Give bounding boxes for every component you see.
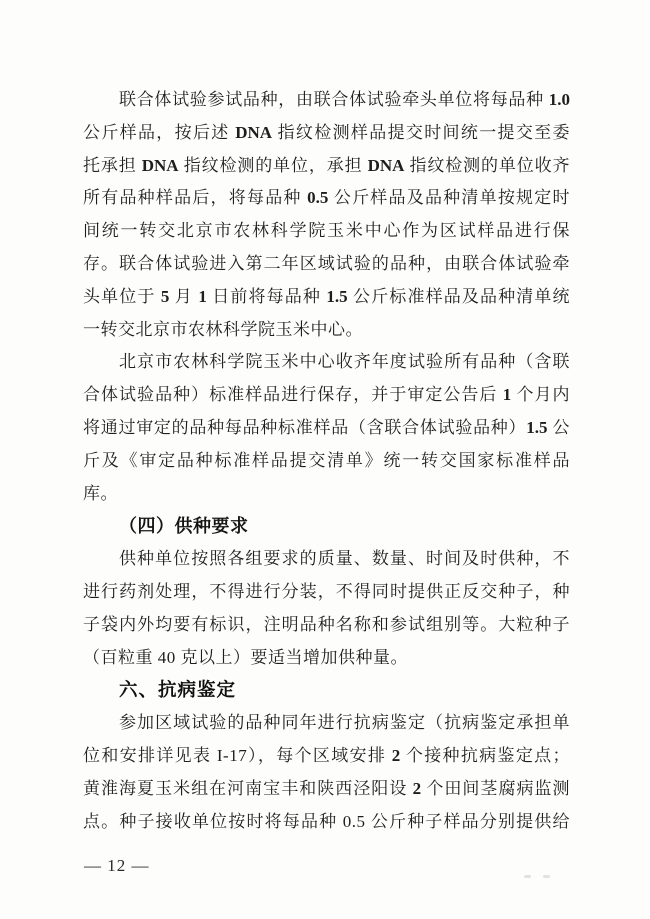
- chapter-heading: 六、抗病鉴定: [83, 674, 570, 707]
- text-run: 进行药剂处理，不得进行分装，不得同时提供正反交种子，种: [83, 582, 570, 601]
- text-line: 供种单位按照各组要求的质量、数量、时间及时供种，不得: [83, 543, 570, 576]
- text-run: 供种单位按照各组要求的质量、数量、时间及时供种，不得: [83, 549, 570, 576]
- text-line: 斤及《审定品种标准样品提交清单》统一转交国家标准样品: [83, 445, 570, 478]
- text-line: （百粒重 40 克以上）要适当增加供种量。: [83, 642, 570, 675]
- text-run: 指纹检测样品提交时间统一提交至委: [272, 123, 570, 142]
- emphasis-run: 0.5: [307, 188, 328, 207]
- text-run: 公: [548, 418, 570, 437]
- text-line: 头单位于 5 月 1 日前将每品种 1.5 公斤标准样品及品种清单统: [83, 281, 570, 314]
- text-line: 参加区域试验的品种同年进行抗病鉴定（抗病鉴定承担单: [83, 707, 570, 740]
- text-run: 指纹检测的单位，承担: [179, 156, 368, 175]
- text-run: 将通过审定的品种每品种标准样品（含联合体试验品种）: [83, 418, 526, 437]
- text-run: 个接种抗病鉴定点；: [400, 746, 570, 765]
- scan-artifact-mark: [543, 875, 550, 878]
- text-run: 一转交北京市农林科学院玉米中心。: [83, 320, 363, 339]
- text-line: 将通过审定的品种每品种标准样品（含联合体试验品种）1.5 公: [83, 412, 570, 445]
- text-line: 点。种子接收单位按时将每品种 0.5 公斤种子样品分别提供给每: [83, 806, 570, 839]
- text-line: 联合体试验参试品种，由联合体试验牵头单位将每品种 1.0: [83, 84, 570, 117]
- text-run: 公斤样品，按后述: [83, 123, 235, 142]
- text-line: 北京市农林科学院玉米中心收齐年度试验所有品种（含联: [83, 346, 570, 379]
- text-run: 位和安排详见表 I-17），每个区域安排: [83, 746, 392, 765]
- text-run: 点。种子接收单位按时将每品种: [83, 812, 343, 831]
- text-run: 个田间茎腐病监测: [421, 779, 570, 798]
- text-run: 个月内: [511, 385, 570, 404]
- text-line: 托承担 DNA 指纹检测的单位，承担 DNA 指纹检测的单位收齐: [83, 150, 570, 183]
- emphasis-run: DNA: [235, 123, 272, 142]
- page-number: — 12 —: [84, 853, 150, 879]
- text-line: 合体试验品种）标准样品进行保存，并于审定公告后 1 个月内: [83, 379, 570, 412]
- emphasis-run: 1.0: [549, 90, 570, 109]
- text-run: 库。: [83, 484, 118, 503]
- document-text: 联合体试验参试品种，由联合体试验牵头单位将每品种 1.0公斤样品，按后述 DNA…: [83, 84, 570, 838]
- text-line: 库。: [83, 478, 570, 511]
- emphasis-run: 2: [392, 746, 401, 765]
- text-line: 黄淮海夏玉米组在河南宝丰和陕西泾阳设 2 个田间茎腐病监测: [83, 773, 570, 806]
- emphasis-run: 2: [413, 779, 422, 798]
- text-run: 子袋内外均要有标识，注明品种名称和参试组别等。大粒种子: [83, 615, 570, 634]
- text-line: 位和安排详见表 I-17），每个区域安排 2 个接种抗病鉴定点；: [83, 740, 570, 773]
- text-line: 进行药剂处理，不得进行分装，不得同时提供正反交种子，种: [83, 576, 570, 609]
- text-run: 间统一转交北京市农林科学院玉米中心作为区试样品进行保: [83, 221, 570, 240]
- document-page: 联合体试验参试品种，由联合体试验牵头单位将每品种 1.0公斤样品，按后述 DNA…: [0, 0, 650, 919]
- text-run: 参加区域试验的品种同年进行抗病鉴定（抗病鉴定承担单: [119, 713, 570, 732]
- text-run: 托承担: [83, 156, 142, 175]
- text-run: 日前将每品种: [207, 287, 327, 306]
- text-run: 黄淮海夏玉米组在河南宝丰和陕西泾阳设: [83, 779, 413, 798]
- text-run: 公斤样品及品种清单按规定时: [328, 188, 570, 207]
- text-run: 所有品种样品后，将每品种: [83, 188, 307, 207]
- text-line: 公斤样品，按后述 DNA 指纹检测样品提交时间统一提交至委: [83, 117, 570, 150]
- section-heading: （四）供种要求: [83, 510, 570, 543]
- text-run: 合体试验品种）标准样品进行保存，并于审定公告后: [83, 385, 503, 404]
- emphasis-run: 1: [198, 287, 207, 306]
- text-run: 北京市农林科学院玉米中心收齐年度试验所有品种（含联: [119, 352, 570, 371]
- text-line: 一转交北京市农林科学院玉米中心。: [83, 314, 570, 347]
- text-run: 0.5: [343, 812, 366, 831]
- scan-artifact-mark: [524, 875, 531, 878]
- text-run: 公斤标准样品及品种清单统: [348, 287, 570, 306]
- text-run: 指纹检测的单位收齐: [404, 156, 570, 175]
- emphasis-run: DNA: [368, 156, 405, 175]
- text-run: 六、抗病鉴定: [119, 679, 236, 700]
- text-line: 子袋内外均要有标识，注明品种名称和参试组别等。大粒种子: [83, 609, 570, 642]
- text-line: 存。联合体试验进入第二年区域试验的品种，由联合体试验牵: [83, 248, 570, 281]
- emphasis-run: 1: [503, 385, 512, 404]
- text-run: （百粒重 40 克以上）要适当增加供种量。: [83, 648, 408, 667]
- text-run: 联合体试验参试品种，由联合体试验牵头单位将每品种: [119, 90, 549, 109]
- emphasis-run: DNA: [142, 156, 179, 175]
- text-run: 斤及《审定品种标准样品提交清单》统一转交国家标准样品: [83, 451, 570, 470]
- emphasis-run: 1.5: [526, 418, 547, 437]
- text-run: 头单位于: [83, 287, 161, 306]
- text-line: 所有品种样品后，将每品种 0.5 公斤样品及品种清单按规定时: [83, 182, 570, 215]
- text-line: 间统一转交北京市农林科学院玉米中心作为区试样品进行保: [83, 215, 570, 248]
- emphasis-run: 1.5: [326, 287, 347, 306]
- text-run: 存。联合体试验进入第二年区域试验的品种，由联合体试验牵: [83, 254, 570, 273]
- text-run: 月: [169, 287, 198, 306]
- text-run: （四）供种要求: [119, 516, 249, 536]
